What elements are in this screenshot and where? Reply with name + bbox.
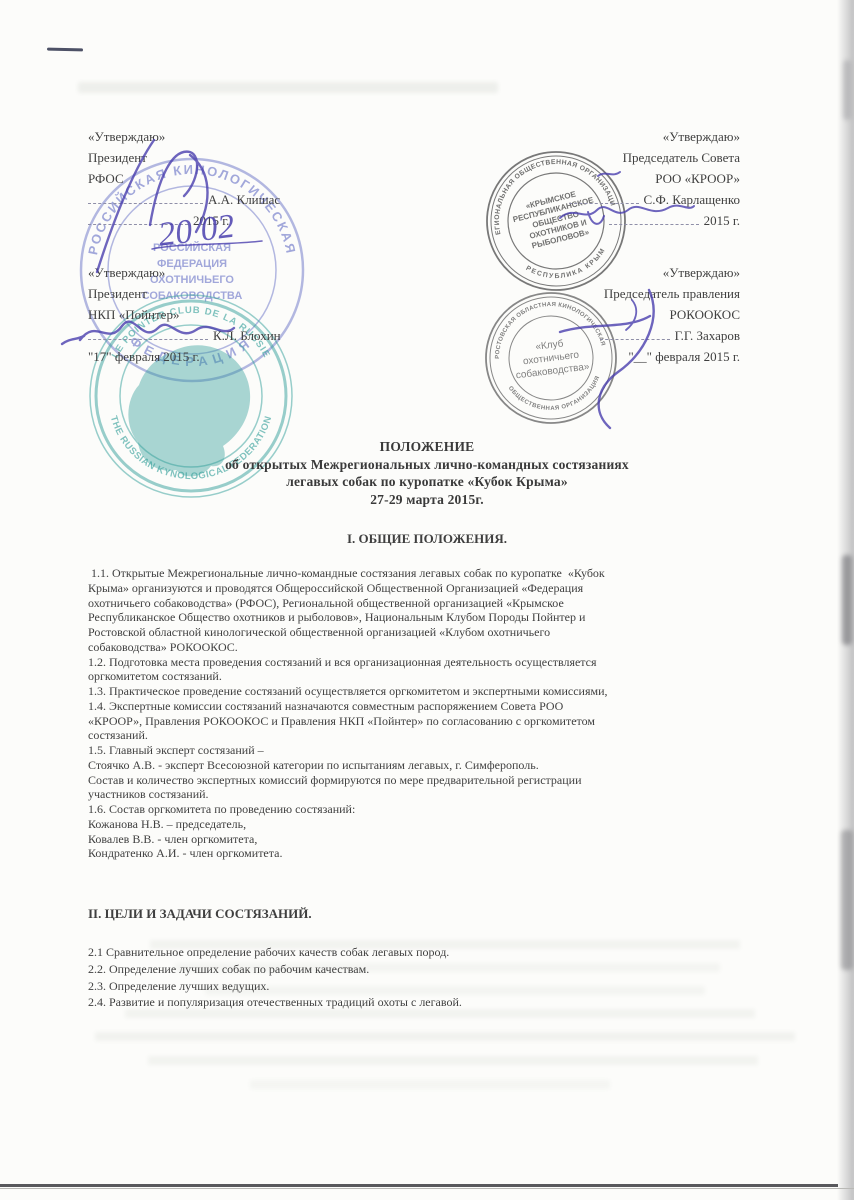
signature-line: Г.Г. Захаров <box>460 325 740 346</box>
scan-smudge <box>843 60 851 120</box>
text-line: охотничьего собаководства» (РФОС), Регио… <box>88 596 828 611</box>
date-rule <box>88 213 188 225</box>
date-line: "17" февраля 2015 г. <box>88 346 368 367</box>
section1-body: 1.1. Открытые Межрегиональные лично-кома… <box>88 566 828 861</box>
signature-rule <box>88 328 208 340</box>
section1-heading: I. ОБЩИЕ ПОЛОЖЕНИЯ. <box>0 531 854 547</box>
approval-date: "__" февраля 2015 г. <box>628 349 740 364</box>
scan-smudge <box>841 830 853 970</box>
approver-role: Президент <box>88 147 368 168</box>
approver-name: С.Ф. Карлащенко <box>644 192 740 207</box>
text-line: участников состязаний. <box>88 787 828 802</box>
approver-name: А.А. Клишас <box>208 192 280 207</box>
text-line: Кондратенко А.И. - член оргкомитета. <box>88 846 828 861</box>
approver-role: Председатель правления <box>460 283 740 304</box>
signature-line: С.Ф. Карлащенко <box>460 189 740 210</box>
section2-heading: II. ЦЕЛИ И ЗАДАЧИ СОСТЯЗАНИЙ. <box>88 906 312 922</box>
approval-block-pointer: «Утверждаю» Президент НКП «Пойнтер» К.Л.… <box>88 262 368 367</box>
approval-word: «Утверждаю» <box>88 126 368 147</box>
approver-org: НКП «Пойнтер» <box>88 304 368 325</box>
approval-date: 2015 г. <box>704 213 740 228</box>
text-line: Крыма» организуются и проводятся Общерос… <box>88 581 828 596</box>
rkf-center-line: РОССИЙСКАЯ <box>153 241 231 254</box>
text-line: 2.1 Сравнительное определение рабочих ка… <box>88 944 828 961</box>
title-line: легавых собак по куропатке «Кубок Крыма» <box>0 473 854 491</box>
scanned-document-page: РОССИЙСКАЯ КИНОЛОГИЧЕСКАЯ ФЕДЕРАЦИЯ РОСС… <box>0 0 854 1200</box>
title-line: 27-29 марта 2015г. <box>0 491 854 509</box>
text-line: Состав и количество экспертных комиссий … <box>88 773 828 788</box>
text-line: 1.6. Состав оргкомитета по проведению со… <box>88 802 828 817</box>
scan-bottom-edge <box>0 1188 854 1189</box>
text-line: 1.5. Главный эксперт состязаний – <box>88 743 828 758</box>
signature-line: А.А. Клишас <box>88 189 368 210</box>
approver-role: Председатель Совета <box>460 147 740 168</box>
text-line: 1.2. Подготовка места проведения состяза… <box>88 655 828 670</box>
approver-org: РФОС <box>88 168 368 189</box>
text-line: оргкомитетом состязаний. <box>88 669 828 684</box>
signature-rule <box>569 192 639 204</box>
bleed-through-line <box>250 1080 610 1089</box>
text-line: Кожанова Н.В. – председатель, <box>88 817 828 832</box>
approver-role: Президент <box>88 283 368 304</box>
approval-word: «Утверждаю» <box>460 262 740 283</box>
text-line: Ростовской областной кинологической обще… <box>88 625 828 640</box>
bleed-through-line <box>95 1032 795 1041</box>
signature-line: К.Л. Блохин <box>88 325 368 346</box>
text-line: Ковалев В.В. - член оргкомитета, <box>88 832 828 847</box>
approver-org: РОКООКОС <box>460 304 740 325</box>
text-line: 2.4. Развитие и популяризация отечествен… <box>88 994 828 1011</box>
approval-word: «Утверждаю» <box>460 126 740 147</box>
signature-rule <box>88 192 203 204</box>
approval-block-rokookos: «Утверждаю» Председатель правления РОКОО… <box>460 262 740 367</box>
approval-block-rfos: «Утверждаю» Президент РФОС А.А. Клишас 2… <box>88 126 368 231</box>
section2-body: 2.1 Сравнительное определение рабочих ка… <box>88 944 828 1011</box>
date-line: 2015 г. <box>460 210 740 231</box>
approval-word: «Утверждаю» <box>88 262 368 283</box>
date-rule <box>609 213 699 225</box>
document-title: ПОЛОЖЕНИЕ об открытых Межрегиональных ли… <box>0 438 854 508</box>
title-line: об открытых Межрегиональных лично-команд… <box>0 456 854 474</box>
approver-name: К.Л. Блохин <box>213 328 281 343</box>
approval-block-kroor: «Утверждаю» Председатель Совета РОО «КРО… <box>460 126 740 231</box>
text-line: 2.3. Определение лучших ведущих. <box>88 978 828 995</box>
bleed-through-line <box>78 82 498 93</box>
approver-org: РОО «КРООР» <box>460 168 740 189</box>
approval-date: "17" февраля 2015 г. <box>88 349 200 364</box>
text-line: 2.2. Определение лучших собак по рабочим… <box>88 961 828 978</box>
approval-date: 2015 г. <box>193 213 229 228</box>
text-line: 1.1. Открытые Межрегиональные лично-кома… <box>88 566 828 581</box>
bleed-through-line <box>148 1056 758 1065</box>
scan-smudge <box>842 555 852 645</box>
scan-bottom-edge <box>0 1184 838 1187</box>
pen-mark <box>47 48 83 52</box>
text-line: собаководства» РОКООКОС. <box>88 640 828 655</box>
date-line: 2015 г. <box>88 210 368 231</box>
text-line: Республиканское Общество охотников и рыб… <box>88 610 828 625</box>
text-line: 1.3. Практическое проведение состязаний … <box>88 684 828 699</box>
date-line: "__" февраля 2015 г. <box>460 346 740 367</box>
approver-name: Г.Г. Захаров <box>675 328 740 343</box>
signature-rule <box>600 328 670 340</box>
title-line: ПОЛОЖЕНИЕ <box>0 438 854 456</box>
text-line: «КРООР», Правления РОКООКОС и Правления … <box>88 714 828 729</box>
text-line: состязаний. <box>88 728 828 743</box>
text-line: Стоячко А.В. - эксперт Всесоюзной катего… <box>88 758 828 773</box>
text-line: 1.4. Экспертные комиссии состязаний назн… <box>88 699 828 714</box>
